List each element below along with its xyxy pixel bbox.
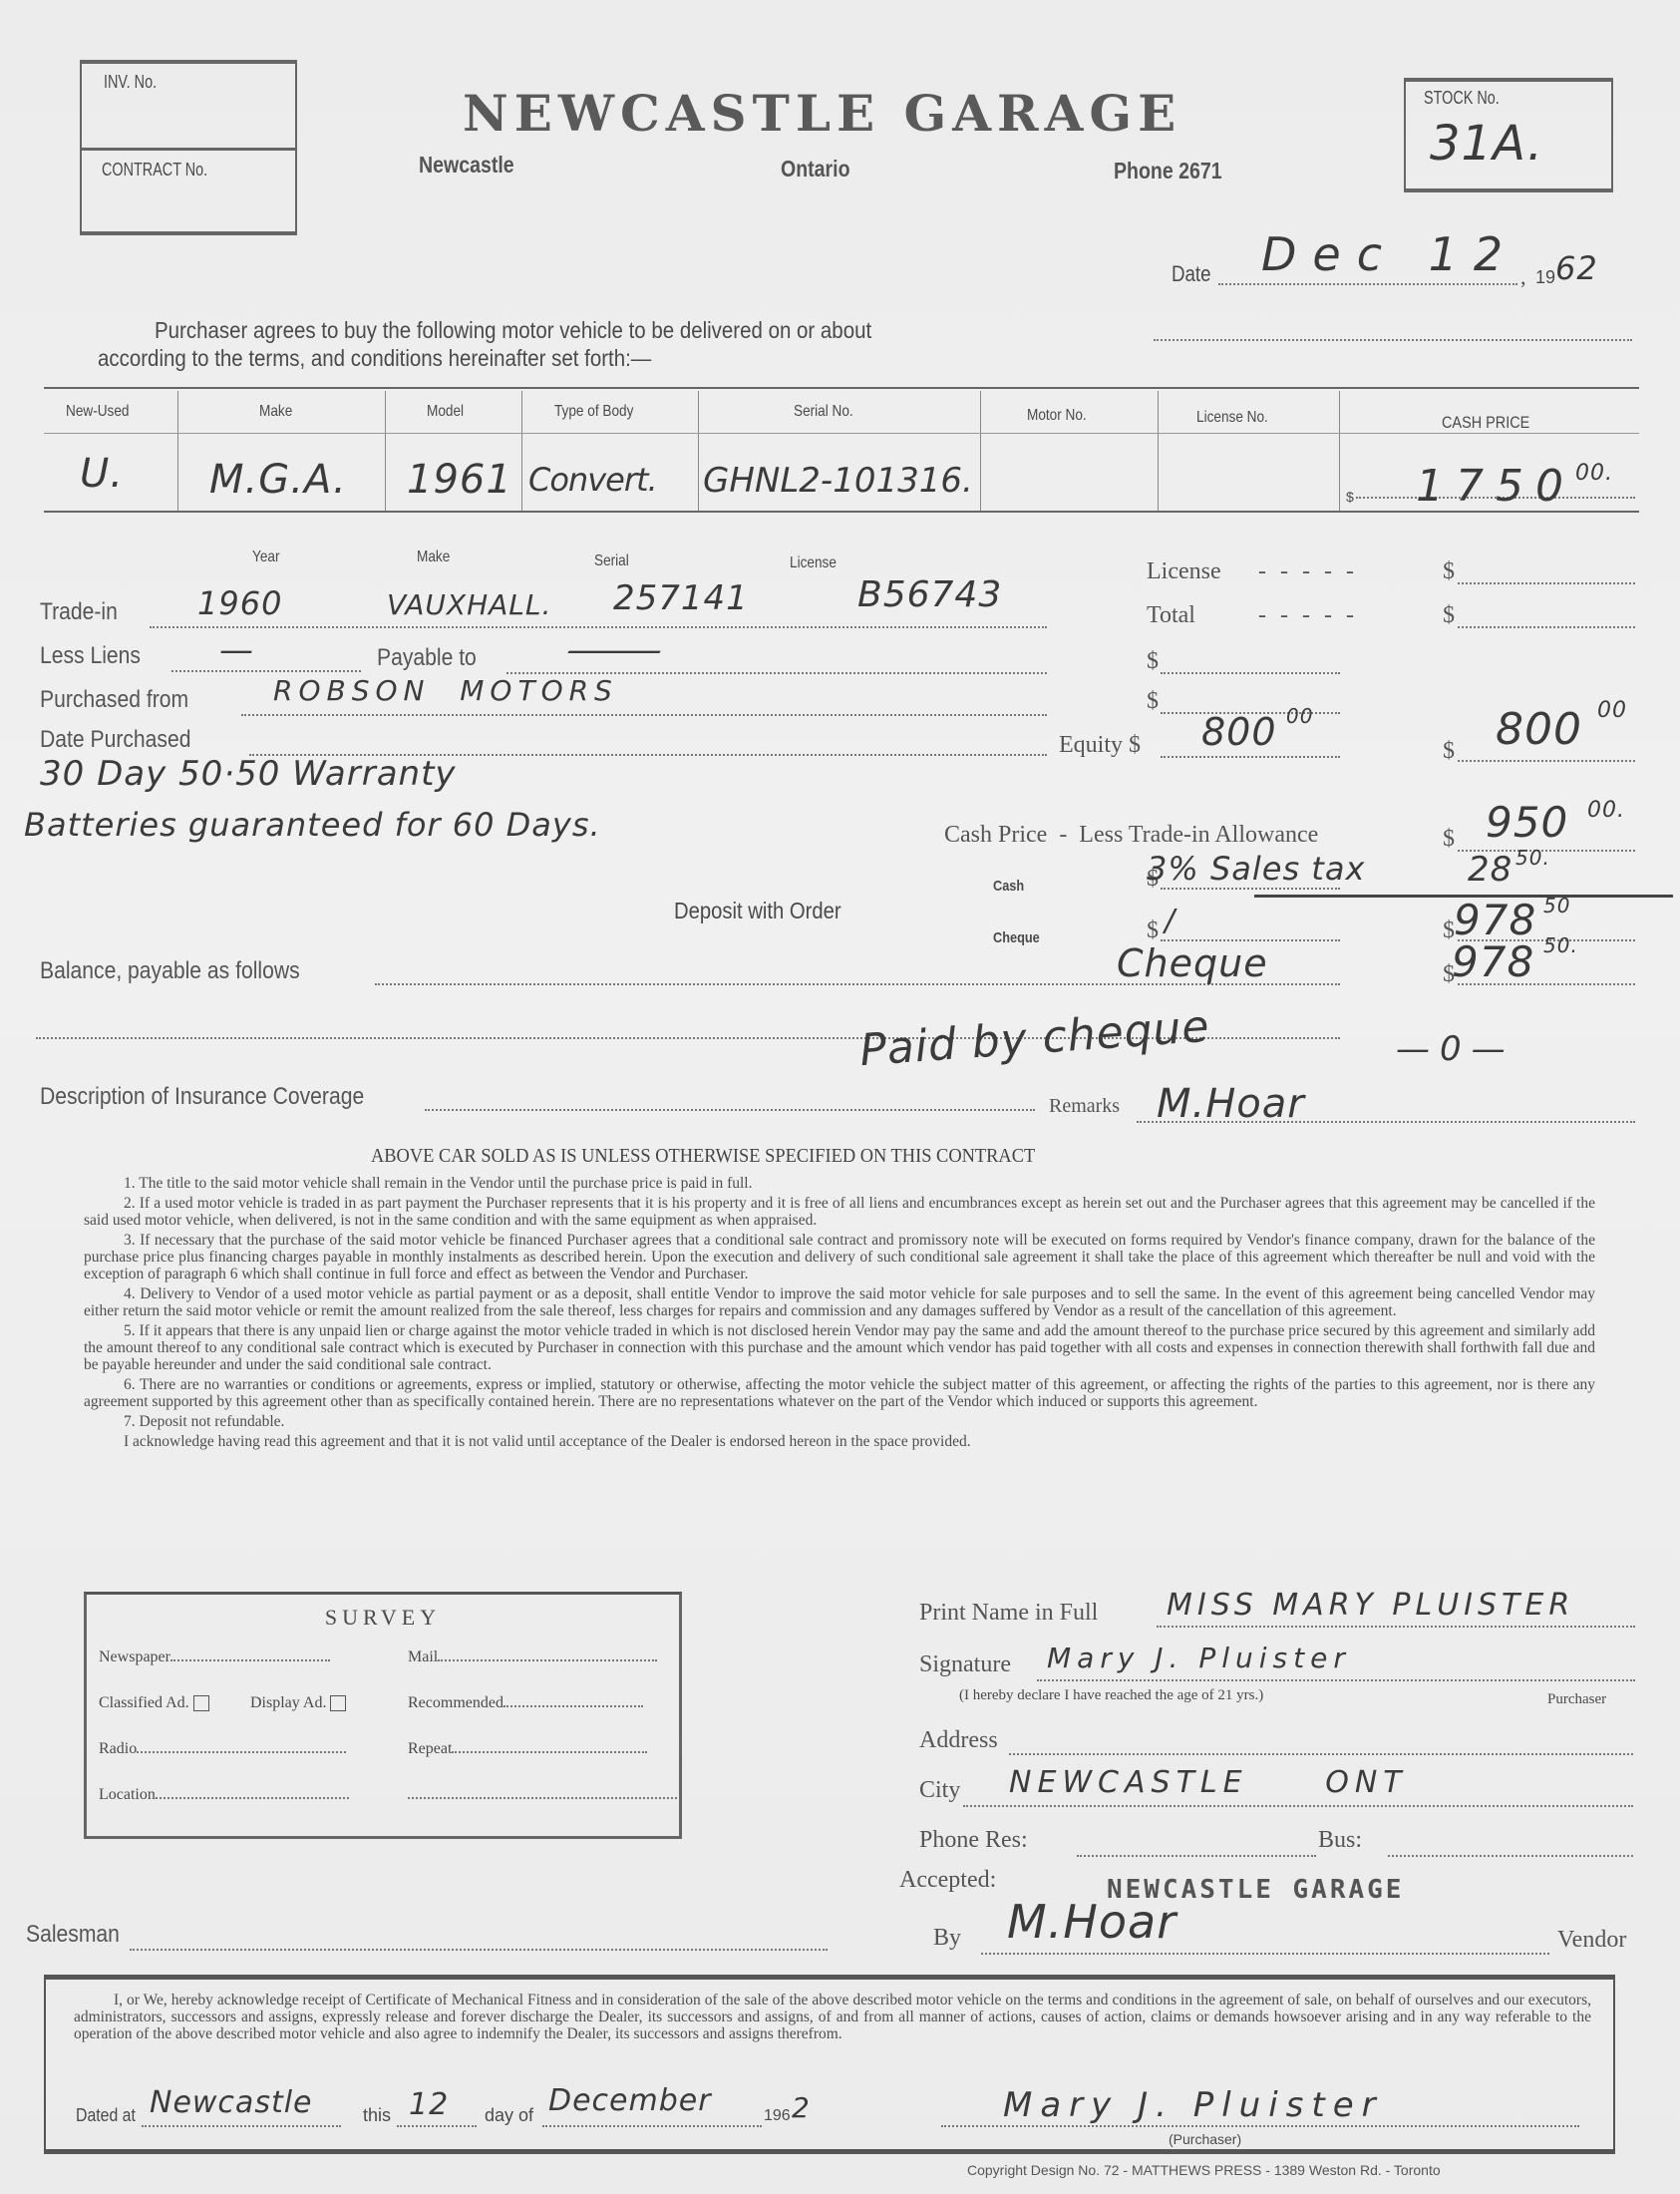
deposit-cash-label: Cash <box>993 878 1024 895</box>
dated-at-value: Newcastle <box>150 2085 313 2120</box>
license-fee-field[interactable] <box>1458 568 1635 584</box>
by-label: By <box>933 1925 961 1952</box>
cell-new-used[interactable]: U. <box>80 451 124 497</box>
deposit-cheque-label: Cheque <box>993 929 1040 946</box>
payable-to-value: — <box>563 630 668 670</box>
cell-make[interactable]: M.G.A. <box>209 457 347 503</box>
term-7: 7. Deposit not refundable. <box>84 1413 1595 1430</box>
col-header-license: License No. <box>1196 409 1268 427</box>
company-title: NEWCASTLE GARAGE <box>463 84 1181 143</box>
license-dollar: $ <box>1443 558 1455 585</box>
term-6: 6. There are no warranties or conditions… <box>84 1376 1595 1410</box>
equity-label: Equity $ <box>1059 732 1141 759</box>
equity-total-cents: 00 <box>1597 698 1627 723</box>
survey-recommended[interactable]: Recommended <box>408 1694 643 1712</box>
table-bottom-rule <box>44 511 1639 513</box>
paid-by-cheque-note: Paid by cheque <box>858 1001 1211 1076</box>
vendor-label: Vendor <box>1557 1927 1626 1954</box>
total-dollar: $ <box>1443 602 1455 629</box>
intro-line-1: Purchaser agrees to buy the following mo… <box>155 317 871 344</box>
classified-label: Classified Ad. <box>99 1694 189 1711</box>
purchased-from-value: ROBSON MOTORS <box>273 674 618 707</box>
phone-res-label: Phone Res: <box>919 1827 1028 1854</box>
survey-radio[interactable]: Radio <box>99 1740 346 1758</box>
date-month-day: Dec 12 <box>1261 227 1518 281</box>
equity-label-text: Equity <box>1059 732 1123 758</box>
phone-bus-field[interactable] <box>1388 1841 1633 1857</box>
balance-label: Balance, payable as follows <box>40 957 300 985</box>
purchaser-label: Purchaser <box>1547 1691 1606 1708</box>
acknowledgement: I acknowledge having read this agreement… <box>84 1433 1595 1450</box>
year-prefix: 196 <box>764 2107 791 2125</box>
salesman-label: Salesman <box>26 1921 120 1949</box>
trade-col-make: Make <box>417 548 450 566</box>
trade-in-serial: 257141 <box>613 578 749 618</box>
equity-total-dollar: $ <box>1443 738 1455 765</box>
equity-cents: 00 <box>1286 704 1313 728</box>
stock-box: STOCK No. 31A. <box>1404 78 1613 192</box>
company-city: Newcastle <box>419 152 514 179</box>
trade-in-year: 1960 <box>197 584 282 622</box>
col-header-new-used: New-Used <box>66 403 129 421</box>
cell-serial[interactable]: GHNL2-101316. <box>703 461 973 501</box>
blank1-dollar: $ <box>1147 648 1159 675</box>
deposit-cheque-field[interactable] <box>1161 925 1340 941</box>
inv-label: INV. No. <box>104 72 157 93</box>
date-year-prefix: 19 <box>1535 267 1555 288</box>
sales-tax-note: 3% Sales tax <box>1147 850 1365 888</box>
term-5: 5. If it appears that there is any unpai… <box>84 1322 1595 1373</box>
cheque-value: / <box>1165 904 1176 938</box>
license-fee-label: License <box>1147 558 1221 585</box>
deposit-label: Deposit with Order <box>674 898 841 924</box>
month-value: December <box>548 2083 712 2118</box>
remarks-signature: M.Hoar <box>1157 1081 1305 1127</box>
trade-in-label: Trade-in <box>40 598 118 626</box>
copyright-footer: Copyright Design No. 72 - MATTHEWS PRESS… <box>967 2162 1441 2178</box>
balance-value: 978 <box>1452 937 1534 986</box>
cell-cash-cents: 00. <box>1575 461 1613 486</box>
display-label: Display Ad. <box>250 1694 326 1711</box>
trade-col-serial: Serial <box>594 552 629 570</box>
col-header-serial: Serial No. <box>794 403 853 421</box>
term-4: 4. Delivery to Vendor of a used motor ve… <box>84 1285 1595 1319</box>
total-dashes: ----- <box>1258 602 1368 629</box>
print-name-label: Print Name in Full <box>919 1600 1098 1627</box>
accepted-label: Accepted: <box>899 1867 996 1894</box>
repeat-label: Repeat <box>408 1740 452 1757</box>
col-header-motor: Motor No. <box>1027 407 1087 425</box>
less-trade-cents: 00. <box>1587 798 1625 823</box>
survey-repeat[interactable]: Repeat <box>408 1740 647 1758</box>
purchased-from-label: Purchased from <box>40 686 188 714</box>
sale-agreement-page: INV. No. CONTRACT No. NEWCASTLE GARAGE N… <box>0 0 1680 2194</box>
cell-cash-price: 1750 <box>1416 461 1575 512</box>
cheque-note: Cheque <box>1117 941 1268 985</box>
col-header-make: Make <box>259 403 292 421</box>
newspaper-label: Newspaper <box>99 1648 170 1665</box>
cell-body[interactable]: Convert. <box>528 461 657 499</box>
cheque-dollar: $ <box>1147 917 1159 944</box>
less-liens-field[interactable] <box>171 654 361 672</box>
equity-value: 800 <box>1201 710 1277 754</box>
age-declaration: (I hereby declare I have reached the age… <box>959 1687 1263 1704</box>
radio-label: Radio <box>99 1740 137 1757</box>
subtotal-cents: 50 <box>1543 894 1570 917</box>
sales-tax-cents: 50. <box>1515 846 1550 870</box>
address-label: Address <box>919 1727 998 1754</box>
blank2-dollar: $ <box>1147 688 1159 715</box>
inv-contract-box: INV. No. CONTRACT No. <box>80 60 297 235</box>
display-checkbox[interactable] <box>330 1695 346 1711</box>
phone-res-field[interactable] <box>1077 1841 1316 1857</box>
release-signature: Mary J. Pluister <box>1003 2085 1384 2125</box>
col-header-cash-price: CASH PRICE <box>1442 413 1529 433</box>
salesman-field[interactable] <box>130 1935 828 1951</box>
balance-cents: 50. <box>1543 933 1578 957</box>
insurance-label: Description of Insurance Coverage <box>40 1083 364 1111</box>
release-box: I, or We, hereby acknowledge receipt of … <box>44 1975 1615 2154</box>
survey-location[interactable]: Location <box>99 1786 349 1804</box>
total-label: Total <box>1147 602 1195 629</box>
this-label: this <box>363 2105 391 2126</box>
release-text: I, or We, hereby acknowledge receipt of … <box>74 1992 1591 2042</box>
day-value: 12 <box>409 2087 449 2122</box>
company-province: Ontario <box>781 156 850 183</box>
term-2: 2. If a used motor vehicle is traded in … <box>84 1195 1595 1229</box>
survey-display[interactable]: Display Ad. <box>250 1694 346 1712</box>
payable-to-label: Payable to <box>377 644 477 672</box>
date-purchased-label: Date Purchased <box>40 726 190 754</box>
city-value: NEWCASTLE ONT <box>1009 1765 1408 1800</box>
stock-value[interactable]: 31A. <box>1430 116 1543 172</box>
table-top-rule <box>44 387 1639 389</box>
company-phone: Phone 2671 <box>1114 158 1222 184</box>
license-dashes: ----- <box>1258 558 1368 585</box>
trade-in-make: VAUXHALL. <box>387 588 551 621</box>
survey-mail[interactable]: Mail <box>408 1648 657 1666</box>
term-1: 1. The title to the said motor vehicle s… <box>84 1175 1595 1192</box>
warranty-note[interactable]: 30 Day 50·50 Warranty <box>40 754 457 794</box>
date-year-suffix: 62 <box>1555 249 1598 287</box>
less-trade-dollar: $ <box>1443 826 1455 853</box>
stock-label: STOCK No. <box>1424 88 1500 109</box>
cash-price-dollar: $ <box>1346 489 1354 505</box>
day-of-label: day of <box>485 2105 533 2126</box>
less-trade-label: Cash Price - Less Trade-in Allowance <box>944 822 1318 849</box>
delivery-date-field[interactable] <box>1154 321 1632 341</box>
survey-newspaper[interactable]: Newspaper <box>99 1648 330 1666</box>
term-3: 3. If necessary that the purchase of the… <box>84 1232 1595 1282</box>
survey-box: SURVEY Newspaper Mail Classified Ad. Dis… <box>84 1592 682 1839</box>
recommended-label: Recommended <box>408 1694 504 1711</box>
remarks-label: Remarks <box>1049 1095 1120 1118</box>
terms-heading: ABOVE CAR SOLD AS IS UNLESS OTHERWISE SP… <box>371 1145 1035 1168</box>
battery-note[interactable]: Batteries guaranteed for 60 Days. <box>24 806 601 844</box>
trade-in-license: B56743 <box>857 574 1002 615</box>
final-balance: —0— <box>1396 1029 1515 1069</box>
by-signature: M.Hoar <box>1007 1895 1176 1949</box>
address-field[interactable] <box>1009 1739 1633 1755</box>
less-trade-value: 950 <box>1486 798 1568 847</box>
year-suffix: 2 <box>792 2091 811 2124</box>
location-label: Location <box>99 1786 156 1803</box>
phone-bus-label: Bus: <box>1318 1827 1362 1854</box>
print-name-value: MISS MARY PLUISTER <box>1167 1588 1574 1623</box>
sales-tax-value: 28 <box>1468 850 1512 890</box>
signature-value: Mary J. Pluister <box>1047 1642 1351 1674</box>
trade-col-license: License <box>790 554 837 572</box>
terms-section: 1. The title to the said motor vehicle s… <box>84 1175 1595 1453</box>
survey-title: SURVEY <box>87 1605 679 1631</box>
survey-other[interactable] <box>408 1786 677 1804</box>
dated-at-label: Dated at <box>76 2105 136 2126</box>
survey-classified[interactable]: Classified Ad. <box>99 1694 209 1712</box>
less-liens-label: Less Liens <box>40 642 141 670</box>
date-label: Date <box>1172 261 1211 287</box>
classified-checkbox[interactable] <box>193 1695 209 1711</box>
contract-label: CONTRACT No. <box>102 160 207 181</box>
cell-model[interactable]: 1961 <box>407 457 512 503</box>
insurance-field[interactable] <box>425 1095 1035 1111</box>
col-header-model: Model <box>427 403 464 421</box>
intro-line-2: according to the terms, and conditions h… <box>98 345 651 372</box>
trade-col-year: Year <box>252 548 279 566</box>
equity-total-value: 800 <box>1496 704 1582 755</box>
mail-label: Mail <box>408 1648 438 1665</box>
total-field[interactable] <box>1458 612 1635 628</box>
less-liens-value: — <box>219 630 254 670</box>
signature-label: Signature <box>919 1651 1011 1678</box>
col-header-body: Type of Body <box>554 403 633 421</box>
release-purchaser-label: (Purchaser) <box>1169 2131 1241 2147</box>
city-label: City <box>919 1777 960 1804</box>
blank1-field[interactable] <box>1161 658 1340 674</box>
date-year-comma: , <box>1520 264 1526 290</box>
